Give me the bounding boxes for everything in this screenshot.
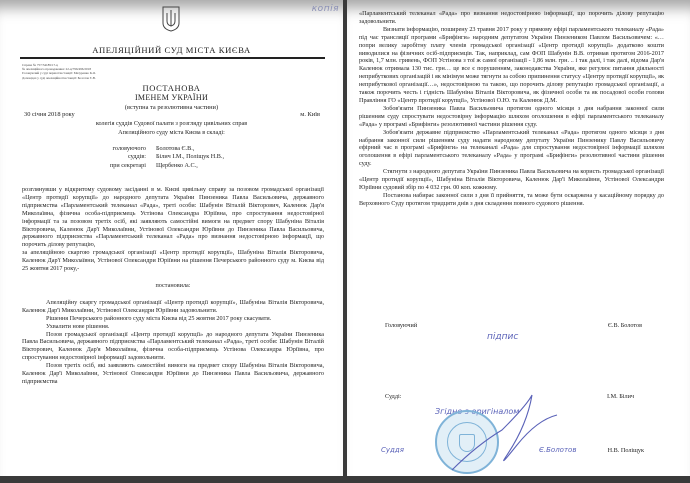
- resolution-item: Постанова набирає законної сили з дня її…: [359, 192, 664, 208]
- judges-signature-row-2: Н.В. Поліщук: [347, 447, 690, 454]
- resolved-heading: постановила:: [22, 282, 324, 290]
- continuation-paragraph: «Парламентський телеканал «Рада» про виз…: [359, 10, 664, 26]
- rapporteur: Доповідач у суді апеляційної інстанції: …: [22, 76, 96, 80]
- presiding-signature-row: Головуючий Є.В. Болотов: [347, 322, 690, 329]
- bottom-edge: [0, 476, 690, 483]
- judge-1-name: І.М. Білич: [607, 393, 690, 400]
- document-title: ПОСТАНОВА: [0, 83, 343, 93]
- resolution-item: Ухвалити нове рішення.: [22, 323, 324, 331]
- resolution-item: Зобов'язати Пинзеника Павла Васильовича …: [359, 105, 664, 129]
- resolution-item: Позов третіх осіб, які заявляють самості…: [22, 362, 324, 386]
- decision-city: м. Київ: [300, 111, 320, 118]
- judge-2-name: Н.В. Поліщук: [608, 447, 690, 454]
- intro-paragraph: розглянувши у відкритому судовому засіда…: [22, 186, 324, 249]
- panel-role: головуючого: [0, 145, 156, 153]
- resolution-item: Рішення Печерського районного суду міста…: [22, 315, 324, 323]
- court-name: АПЕЛЯЦІЙНИЙ СУД МІСТА КИЄВА: [0, 45, 343, 55]
- resolution-item: Позов громадської організації «Центр про…: [22, 331, 324, 363]
- ukraine-coat-of-arms-icon: [162, 6, 180, 32]
- page-1: копія АПЕЛЯЦІЙНИЙ СУД МІСТА КИЄВА Справа…: [0, 0, 343, 476]
- resolution-item: Стягнути з народного депутата України Пи…: [359, 168, 664, 192]
- resolution-item: Визнати інформацію, поширену 23 травня 2…: [359, 26, 664, 105]
- date-row: 30 січня 2018 року м. Київ: [24, 111, 320, 118]
- college-composition: колегія суддів Судової палати з розгляду…: [0, 120, 343, 137]
- handwritten-signed-note: підпис: [487, 332, 518, 342]
- page-2: «Парламентський телеканал «Рада» про виз…: [347, 0, 690, 476]
- judicial-panel: головуючого Болотова Є.В., суддів: Білич…: [0, 145, 343, 170]
- first-instance-judge: Головуючий у суді першої інстанції: Мазу…: [22, 71, 96, 75]
- resolution-item: Апеляційну скаргу громадської організаці…: [22, 299, 324, 315]
- panel-row-secretary: при секретарі Щербенко А.С.,: [0, 162, 343, 170]
- case-meta: Справа № 757/34189/17-ц № апеляційного п…: [22, 63, 96, 80]
- panel-names: Щербенко А.С.,: [156, 162, 198, 170]
- decision-date: 30 січня 2018 року: [24, 111, 75, 118]
- panel-row-presiding: головуючого Болотова Є.В.,: [0, 145, 343, 153]
- document-subtitle: ІМЕНЕМ УКРАЇНИ: [0, 93, 343, 103]
- presiding-name: Є.В. Болотов: [608, 322, 690, 329]
- resolution-item: Зобов'язати державне підприємство «Парла…: [359, 129, 664, 169]
- header-divider: [20, 57, 325, 59]
- panel-role: суддів:: [0, 153, 156, 161]
- judges-label: Судді:: [347, 393, 401, 400]
- right-body: «Парламентський телеканал «Рада» про виз…: [359, 10, 664, 208]
- signature-scribble-icon: [447, 385, 567, 476]
- panel-names: Болотова Є.В.,: [156, 145, 194, 153]
- panel-role: при секретарі: [0, 162, 156, 170]
- document-spread: копія АПЕЛЯЦІЙНИЙ СУД МІСТА КИЄВА Справа…: [0, 0, 690, 483]
- appeal-paragraph: за апеляційною скаргою громадської орган…: [22, 249, 324, 273]
- left-body: розглянувши у відкритому судовому засіда…: [22, 186, 324, 386]
- college-line-1: колегія суддів Судової палати з розгляду…: [0, 120, 343, 129]
- college-line-2: Апеляційного суду міста Києва в складі:: [0, 129, 343, 138]
- panel-names: Білич І.М., Поліщук Н.В.,: [156, 153, 224, 161]
- copy-mark: копія: [312, 4, 339, 14]
- panel-row-judges: суддів: Білич І.М., Поліщук Н.В.,: [0, 153, 343, 161]
- presiding-label: Головуючий: [347, 322, 417, 329]
- title-block: ПОСТАНОВА ІМЕНЕМ УКРАЇНИ (вступна та рез…: [0, 83, 343, 112]
